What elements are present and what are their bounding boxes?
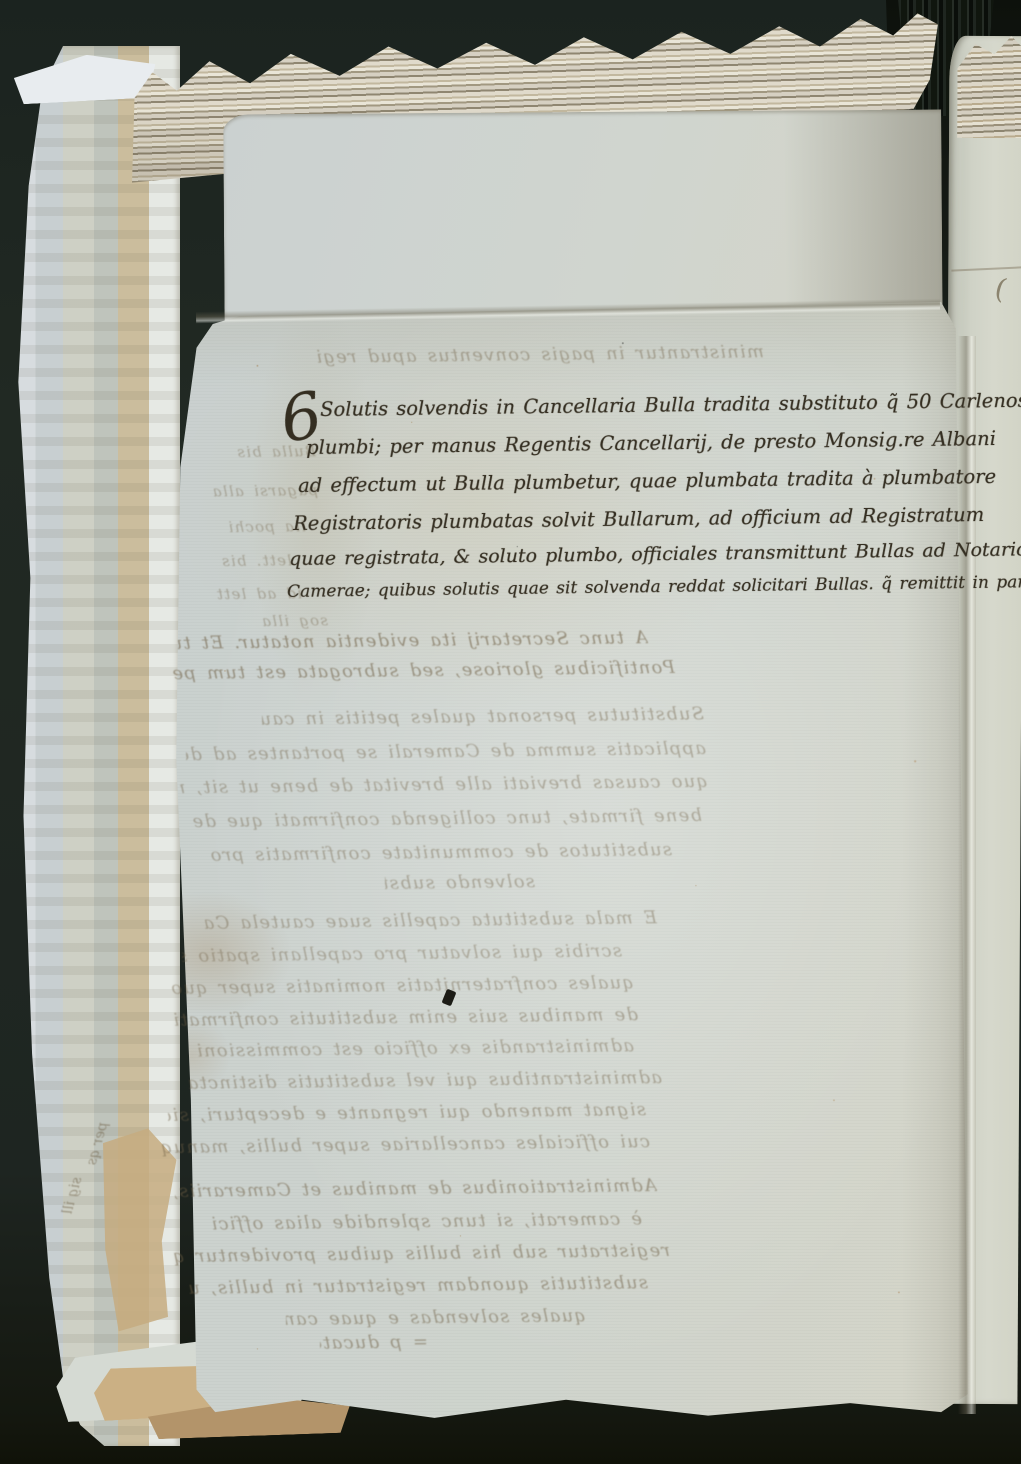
facing-page-sheet-edge-line — [951, 266, 1021, 271]
manuscript-page — [160, 298, 972, 1428]
facing-page-deckle-edge — [957, 36, 1021, 138]
gutter-fold-crease — [958, 336, 976, 1414]
facing-page-ink-curve-mark: ( — [991, 271, 1010, 306]
photograph-canvas: { "palette":{ "backdrop":"#1e2521", "spi… — [0, 0, 1021, 1464]
